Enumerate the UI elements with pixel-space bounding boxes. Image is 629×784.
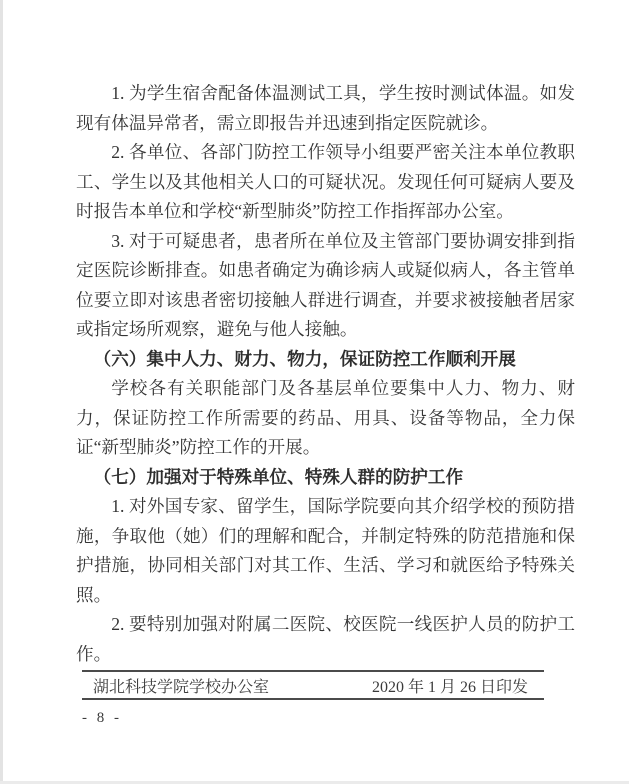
- document-page: 1. 为学生宿舍配备体温测试工具，学生按时测试体温。如发现有体温异常者，需立即报…: [0, 0, 629, 784]
- print-date: 2020 年 1 月 26 日印发: [372, 674, 528, 697]
- scan-edge-left: [0, 0, 3, 784]
- body-paragraph-4: 学校各有关职能部门及各基层单位要集中人力、物力、财力，保证防控工作所需要的药品、…: [76, 374, 575, 463]
- section-heading-7: （七）加强对于特殊单位、特殊人群的防护工作: [76, 463, 575, 493]
- issuing-office: 湖北科技学院学校办公室: [93, 674, 269, 697]
- document-body: 1. 为学生宿舍配备体温测试工具，学生按时测试体温。如发现有体温异常者，需立即报…: [76, 79, 575, 669]
- body-paragraph-3: 3. 对于可疑患者，患者所在单位及主管部门要协调安排到指定医院诊断排查。如患者确…: [76, 227, 575, 345]
- body-paragraph-6: 2. 要特别加强对附属二医院、校医院一线医护人员的防护工作。: [76, 610, 575, 669]
- body-paragraph-5: 1. 对外国专家、留学生，国际学院要向其介绍学校的预防措施，争取他（她）们的理解…: [76, 492, 575, 610]
- body-paragraph-2: 2. 各单位、各部门防控工作领导小组要严密关注本单位教职工、学生以及其他相关人口…: [76, 138, 575, 227]
- page-number: - 8 -: [82, 710, 122, 727]
- section-heading-6: （六）集中人力、财力、物力，保证防控工作顺利开展: [76, 345, 575, 375]
- body-paragraph-1: 1. 为学生宿舍配备体温测试工具，学生按时测试体温。如发现有体温异常者，需立即报…: [76, 79, 575, 138]
- footer-imprint-bar: 湖北科技学院学校办公室 2020 年 1 月 26 日印发: [82, 670, 544, 700]
